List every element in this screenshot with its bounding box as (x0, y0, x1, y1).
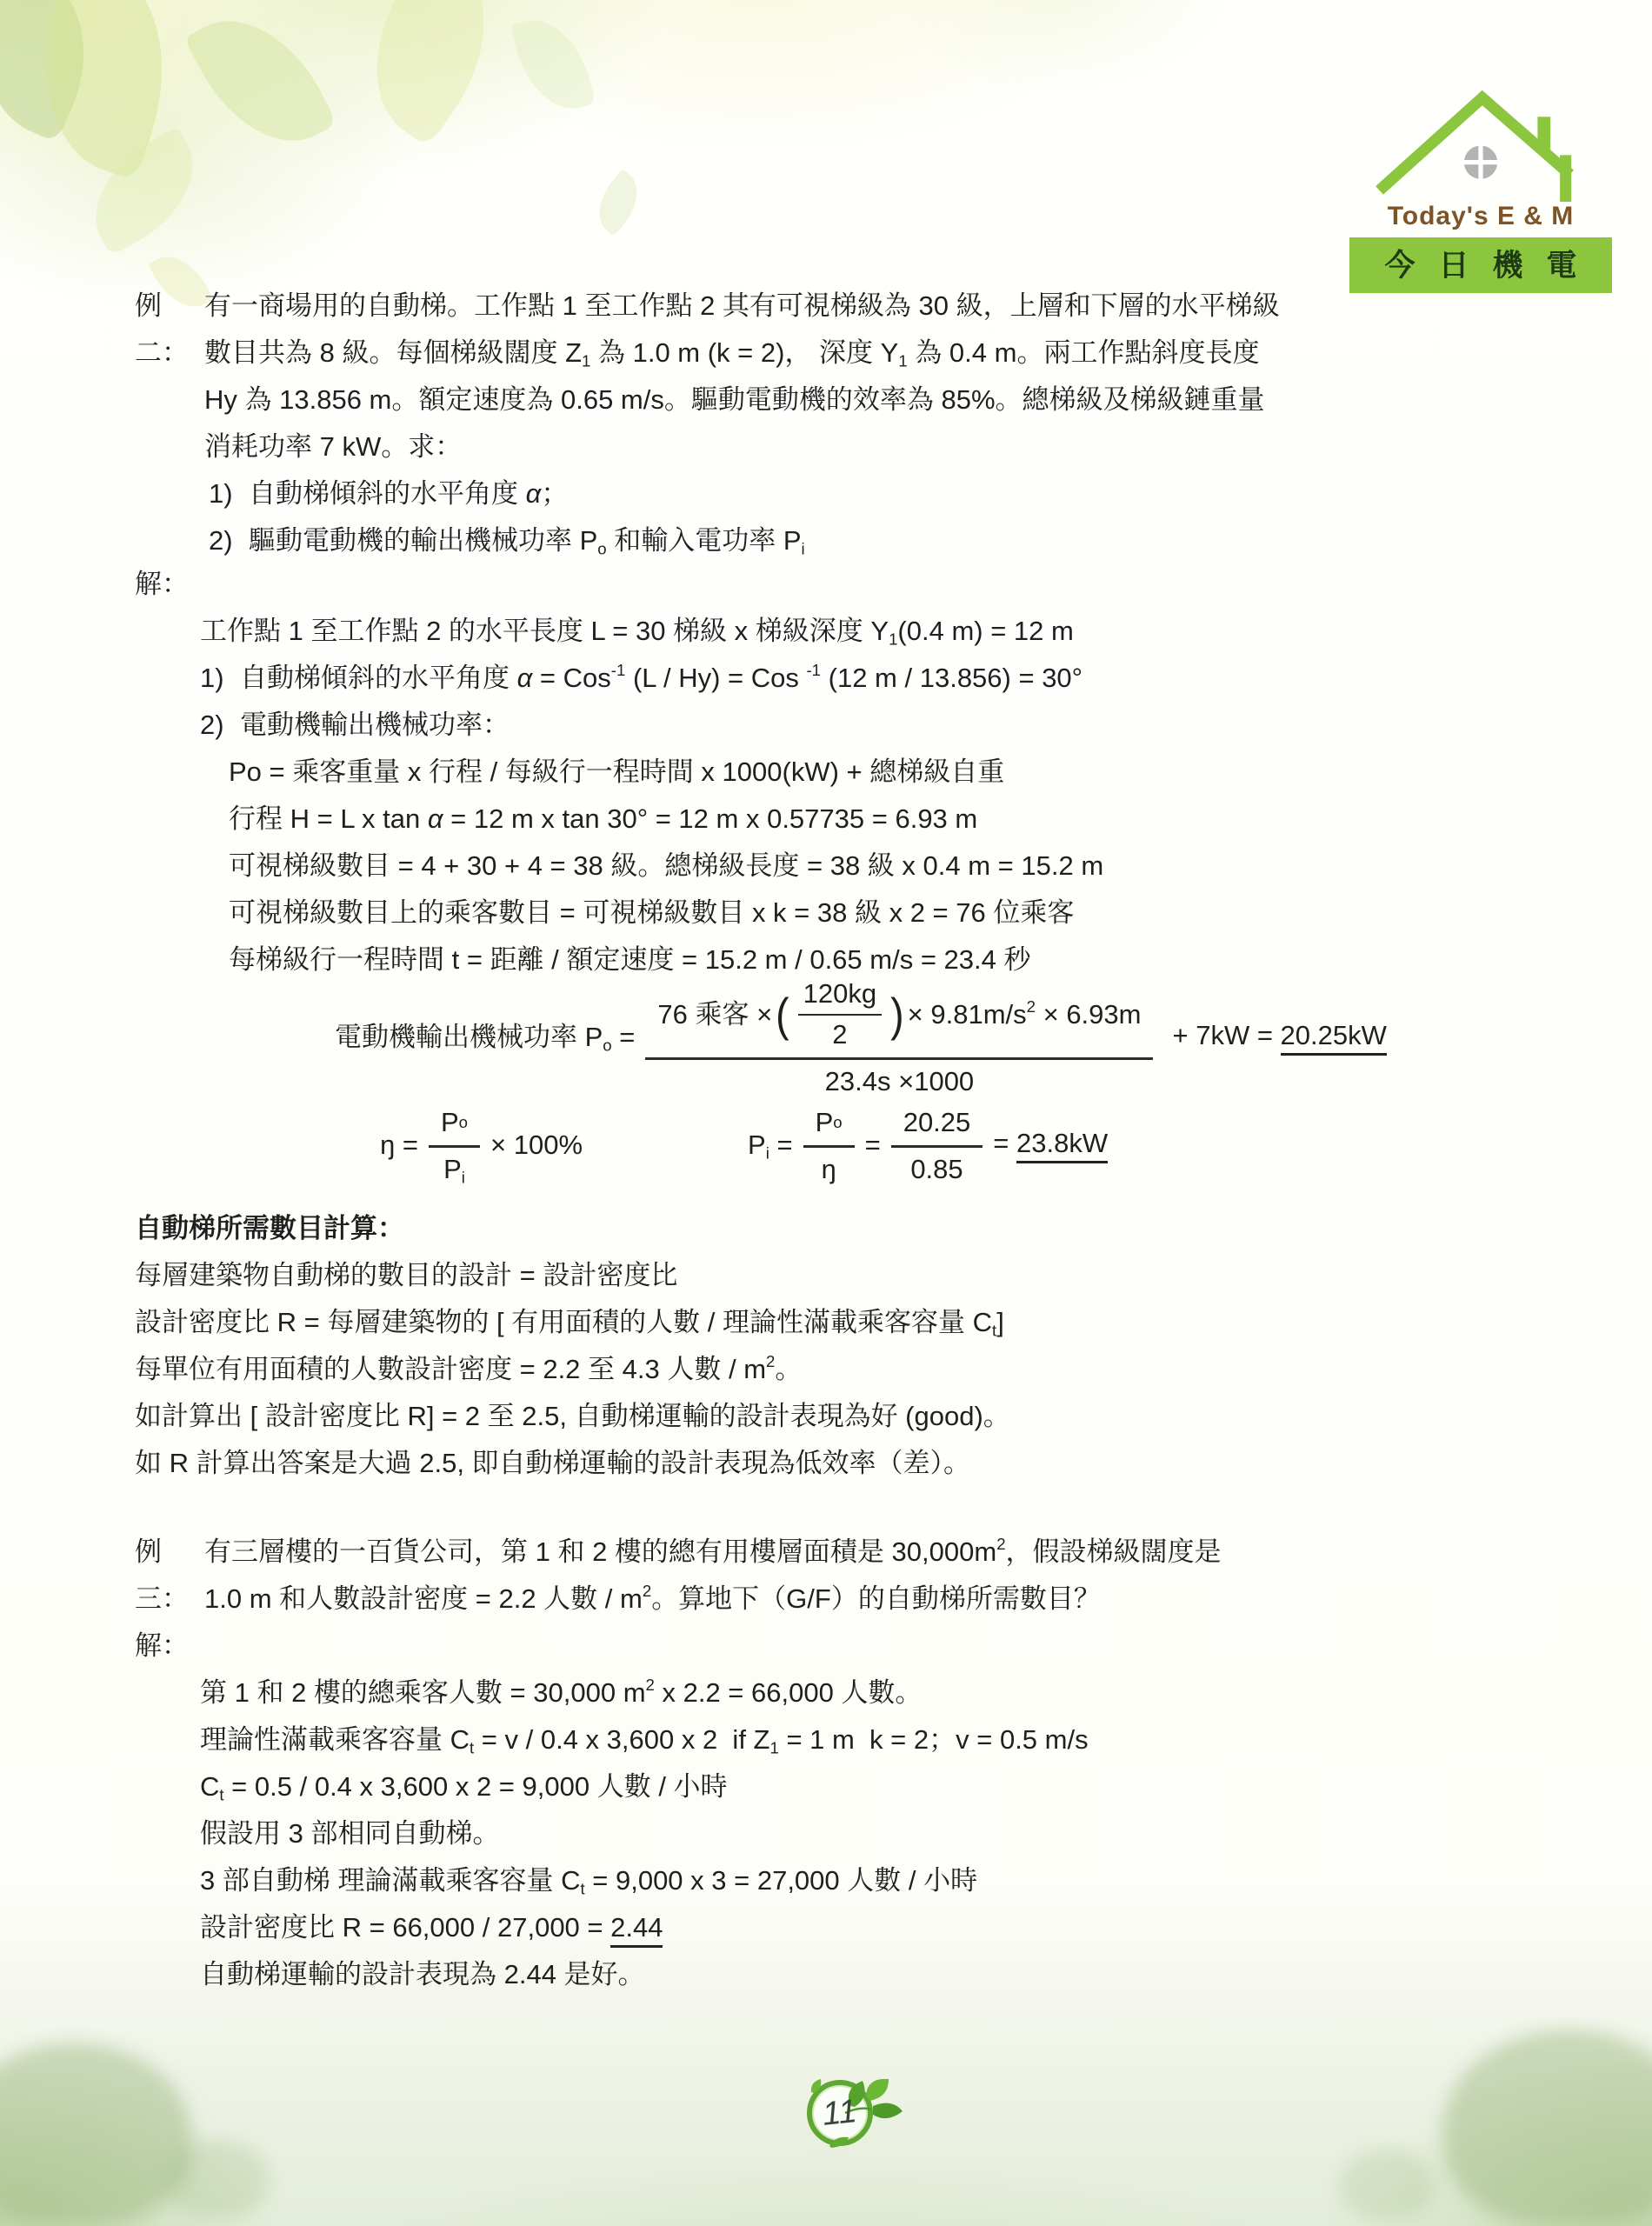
fraction-numerator: Po (429, 1104, 480, 1148)
example2-solution: 解： 工作點 1 至工作點 2 的水平長度 L = 30 梯級 x 梯級深度 Y… (135, 561, 1530, 983)
leaf-shape (510, 10, 596, 120)
page-number: 11 (821, 2093, 859, 2134)
text-line: 工作點 1 至工作點 2 的水平長度 L = 30 梯級 x 梯級深度 Y1(0… (200, 608, 1530, 655)
fraction: 20.25 0.85 (891, 1104, 983, 1187)
pi-formula: Pi = Po ŋ = 20.25 0.85 = 23.8kW (748, 1104, 1108, 1187)
example2-body: 有一商場用的自動梯。工作點 1 至工作點 2 其有可視梯級為 30 級，上層和下… (204, 283, 1530, 470)
example2-problem: 例二： 有一商場用的自動梯。工作點 1 至工作點 2 其有可視梯級為 30 級，… (135, 283, 1530, 564)
formula-text: × 9.81m/s2 × 6.93m (908, 998, 1142, 1032)
item-number: 1) (200, 655, 240, 702)
text-line: Po = 乘客重量 x 行程 / 每級行一程時間 x 1000(kW) + 總梯… (229, 749, 1530, 796)
solution-item: 2) 電動機輸出機械功率： (200, 702, 1530, 749)
text-line: 有一商場用的自動梯。工作點 1 至工作點 2 其有可視梯級為 30 級，上層和下… (204, 283, 1530, 330)
logo-title: Today's E & M (1349, 202, 1612, 231)
item-text: 驅動電動機的輸出機械功率 Po 和輸入電功率 Pi (249, 517, 805, 564)
leaf-shape (586, 169, 651, 237)
todays-em-logo: Today's E & M 今日機電 (1349, 71, 1612, 293)
text-line: 第 1 和 2 樓的總乘客人數 = 30,000 m2 x 2.2 = 66,0… (200, 1669, 1530, 1716)
leaf-icon (828, 2134, 852, 2149)
text-line: Ct = 0.5 / 0.4 x 3,600 x 2 = 9,000 人數 / … (200, 1763, 1530, 1810)
fraction: 76 乘客 × ( 120kg 2 ) × 9.81m/s2 × 6.93m 2… (645, 976, 1153, 1098)
formula-result: = 23.8kW (993, 1127, 1108, 1163)
item-text: 電動機輸出機械功率： (240, 702, 510, 749)
text-line: 3 部自動梯 理論滿載乘客容量 Ct = 9,000 x 3 = 27,000 … (200, 1857, 1530, 1904)
text-line: 有三層樓的一百貨公司，第 1 和 2 樓的總有用樓層面積是 30,000m2，假… (204, 1529, 1530, 1576)
solve-label: 解： (135, 561, 1530, 608)
question-item: 1) 自動梯傾斜的水平角度 α； (209, 470, 1530, 517)
leaf-shape (71, 126, 216, 257)
example3-body: 有三層樓的一百貨公司，第 1 和 2 樓的總有用樓層面積是 30,000m2，假… (204, 1529, 1530, 1623)
leaf-shape (336, 0, 525, 148)
fraction: Po Pi (429, 1104, 480, 1187)
text-line: 如計算出 [ 設計密度比 R] = 2 至 2.5, 自動梯運輸的設計表現為好 … (135, 1393, 1530, 1440)
item-number: 1) (209, 470, 249, 517)
text-line: 可視梯級數目上的乘客數目 = 可視梯級數目 x k = 38 級 x 2 = 7… (229, 890, 1530, 936)
fraction-denominator: 2 (832, 1016, 847, 1052)
leaf-icon (809, 2076, 831, 2096)
close-paren: ) (890, 986, 904, 1044)
formula-text: 76 乘客 × (657, 998, 772, 1032)
open-paren: ( (776, 986, 789, 1044)
fraction-denominator: Pi (443, 1148, 465, 1187)
fraction-numerator: Po (803, 1104, 855, 1148)
tree-silhouette (1339, 2148, 1435, 2221)
item-number: 2) (209, 517, 249, 564)
tree-silhouette (1443, 2030, 1652, 2226)
text-line: 理論性滿載乘客容量 Ct = v / 0.4 x 3,600 x 2 if Z1… (200, 1716, 1530, 1763)
solve-label: 解： (135, 1623, 1530, 1669)
text-line: 消耗功率 7 kW。求： (204, 423, 1530, 470)
fraction: Po ŋ (803, 1104, 855, 1187)
magazine-page: Today's E & M 今日機電 例二： 有一商場用的自動梯。工作點 1 至… (0, 0, 1652, 2226)
item-number: 2) (200, 702, 240, 749)
fraction-denominator: 0.85 (910, 1148, 963, 1187)
fraction-denominator: ŋ (821, 1148, 836, 1187)
escalator-count-section: 自動梯所需數目計算： 每層建築物自動梯的數目的設計 = 設計密度比 設計密度比 … (135, 1205, 1530, 1487)
text-line: Hy 為 13.856 m。額定速度為 0.65 m/s。驅動電動機的效率為 8… (204, 377, 1530, 423)
text-line: 每單位有用面積的人數設計密度 = 2.2 至 4.3 人數 / m2。 (135, 1346, 1530, 1393)
text-line: 假設用 3 部相同自動梯。 (200, 1810, 1530, 1857)
text-line: 行程 H = L x tan α = 12 m x tan 30° = 12 m… (229, 796, 1530, 843)
formula-text: ŋ = (380, 1129, 418, 1163)
fraction-numerator: 120kg (798, 977, 882, 1016)
formula-result: + 7kW = 20.25kW (1172, 1019, 1386, 1056)
text-line: 可視梯級數目 = 4 + 30 + 4 = 38 級。總梯級長度 = 38 級 … (229, 843, 1530, 890)
text-line: 設計密度比 R = 每層建築物的 [ 有用面積的人數 / 理論性滿載乘客容量 C… (135, 1299, 1530, 1346)
text-line: 數目共為 8 級。每個梯級闊度 Z1 為 1.0 m (k = 2)， 深度 Y… (204, 330, 1530, 377)
item-text: 自動梯傾斜的水平角度 α； (249, 470, 568, 517)
fraction-denominator: 23.4s ×1000 (825, 1060, 975, 1099)
fraction-numerator: 20.25 (891, 1104, 983, 1148)
page-number-badge: 11 (807, 2080, 873, 2146)
tree-silhouette (0, 2043, 191, 2226)
green-house-icon (1367, 71, 1595, 202)
leaf-shape (12, 0, 197, 181)
leaf-shape (184, 0, 338, 169)
inner-fraction: 120kg 2 (798, 977, 882, 1052)
formula-text: = (865, 1129, 881, 1163)
solution-item: 1) 自動梯傾斜的水平角度 α = Cos-1 (L / Hy) = Cos -… (200, 655, 1530, 702)
po-formula: 電動機輸出機械功率 Po = 76 乘客 × ( 120kg 2 ) × 9.8… (135, 972, 1530, 1103)
section-heading: 自動梯所需數目計算： (135, 1205, 1530, 1252)
example2-label: 例二： (135, 283, 204, 470)
text-line: 1.0 m 和人數設計密度 = 2.2 人數 / m2。算地下（G/F）的自動梯… (204, 1576, 1530, 1623)
text-line: 如 R 計算出答案是大過 2.5, 即自動梯運輸的設計表現為低效率（差）。 (135, 1440, 1530, 1487)
eta-formula: ŋ = Po Pi × 100% (380, 1104, 583, 1187)
formula-text: × 100% (490, 1129, 583, 1163)
logo-subtitle: 今日機電 (1384, 249, 1600, 283)
text-line: 設計密度比 R = 66,000 / 27,000 = 2.44 (200, 1904, 1530, 1951)
text-line: 每層建築物自動梯的數目的設計 = 設計密度比 (135, 1252, 1530, 1299)
item-text: 自動梯傾斜的水平角度 α = Cos-1 (L / Hy) = Cos -1 (… (240, 655, 1082, 702)
question-item: 2) 驅動電動機的輸出機械功率 Po 和輸入電功率 Pi (209, 517, 1530, 564)
efficiency-formulas: ŋ = Po Pi × 100% Pi = Po ŋ = 20.25 0.85 … (135, 1097, 1530, 1193)
leaf-shape (0, 0, 117, 143)
example3-label: 例三： (135, 1529, 204, 1623)
fraction-numerator: 76 乘客 × ( 120kg 2 ) × 9.81m/s2 × 6.93m (645, 976, 1153, 1060)
formula-text: Pi = (748, 1129, 793, 1163)
formula-label: 電動機輸出機械功率 Po = (335, 1021, 635, 1055)
tree-silhouette (165, 2139, 270, 2217)
example3: 例三： 有三層樓的一百貨公司，第 1 和 2 樓的總有用樓層面積是 30,000… (135, 1529, 1530, 1998)
text-line: 自動梯運輸的設計表現為 2.44 是好。 (200, 1951, 1530, 1998)
